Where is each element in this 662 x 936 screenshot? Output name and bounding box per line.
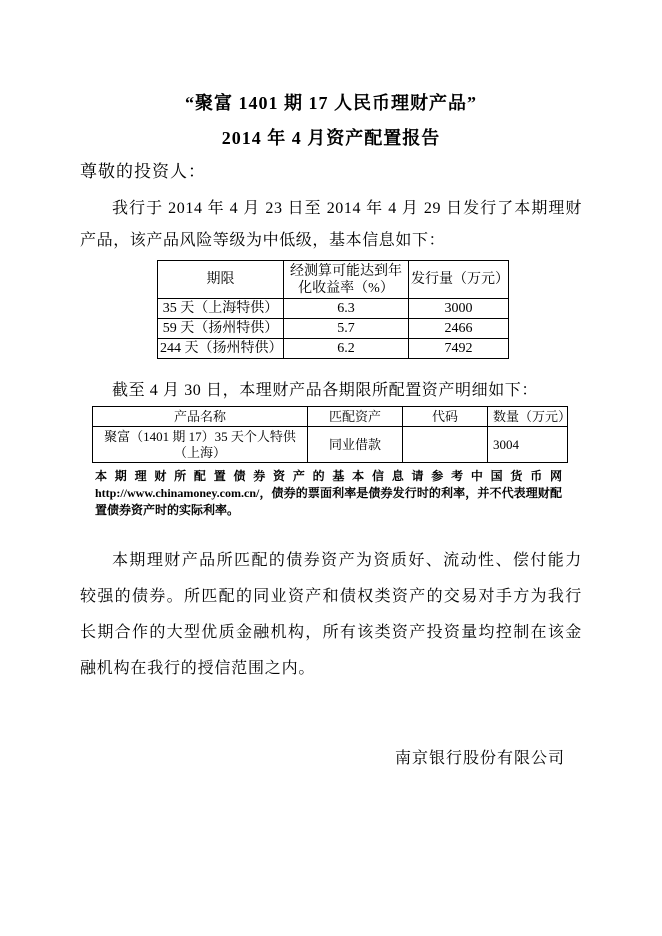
- asset-allocation-table: 产品名称 匹配资产 代码 数量（万元） 聚富（1401 期 17）35 天个人特…: [92, 406, 568, 463]
- column-header-product-name: 产品名称: [93, 407, 308, 427]
- intro-paragraph: 我行于 2014 年 4 月 23 日至 2014 年 4 月 29 日发行了本…: [80, 193, 582, 257]
- document-subtitle: 2014 年 4 月资产配置报告: [40, 127, 622, 149]
- issue-volume-cell: 7492: [409, 339, 509, 359]
- yield-cell: 6.2: [284, 339, 409, 359]
- table-header-row: 期限 经测算可能达到年化收益率（%） 发行量（万元）: [158, 261, 509, 299]
- term-cell: 35 天（上海特供）: [158, 299, 284, 319]
- column-header-code: 代码: [403, 407, 488, 427]
- yield-cell: 6.3: [284, 299, 409, 319]
- product-name-cell: 聚富（1401 期 17）35 天个人特供（上海）: [93, 427, 308, 463]
- table-row: 35 天（上海特供） 6.3 3000: [158, 299, 509, 319]
- detail-intro-paragraph: 截至 4 月 30 日，本理财产品各期限所配置资产明细如下：: [80, 381, 582, 400]
- document-page: “聚富 1401 期 17 人民币理财产品” 2014 年 4 月资产配置报告 …: [0, 0, 662, 936]
- term-cell: 59 天（扬州特供）: [158, 319, 284, 339]
- quantity-cell: 3004: [488, 427, 568, 463]
- issue-volume-cell: 3000: [409, 299, 509, 319]
- issue-volume-cell: 2466: [409, 319, 509, 339]
- code-cell: [403, 427, 488, 463]
- column-header-quantity: 数量（万元）: [488, 407, 568, 427]
- body-paragraph: 本期理财产品所匹配的债券资产为资质好、流动性、偿付能力较强的债券。所匹配的同业资…: [80, 543, 582, 687]
- matched-asset-cell: 同业借款: [308, 427, 403, 463]
- column-header-issue-volume: 发行量（万元）: [409, 261, 509, 299]
- product-info-table: 期限 经测算可能达到年化收益率（%） 发行量（万元） 35 天（上海特供） 6.…: [157, 260, 509, 359]
- column-header-term: 期限: [158, 261, 284, 299]
- document-title: “聚富 1401 期 17 人民币理财产品”: [40, 92, 622, 114]
- yield-cell: 5.7: [284, 319, 409, 339]
- table-header-row: 产品名称 匹配资产 代码 数量（万元）: [93, 407, 568, 427]
- footnote: 本期理财所配置债券资产的基本信息请参考中国货币网 http://www.chin…: [95, 468, 562, 519]
- signature-company-name: 南京银行股份有限公司: [0, 749, 565, 769]
- salutation: 尊敬的投资人：: [80, 162, 582, 182]
- table-row: 244 天（扬州特供） 6.2 7492: [158, 339, 509, 359]
- column-header-matched-asset: 匹配资产: [308, 407, 403, 427]
- table-row: 59 天（扬州特供） 5.7 2466: [158, 319, 509, 339]
- column-header-yield: 经测算可能达到年化收益率（%）: [284, 261, 409, 299]
- table-row: 聚富（1401 期 17）35 天个人特供（上海） 同业借款 3004: [93, 427, 568, 463]
- term-cell: 244 天（扬州特供）: [158, 339, 284, 359]
